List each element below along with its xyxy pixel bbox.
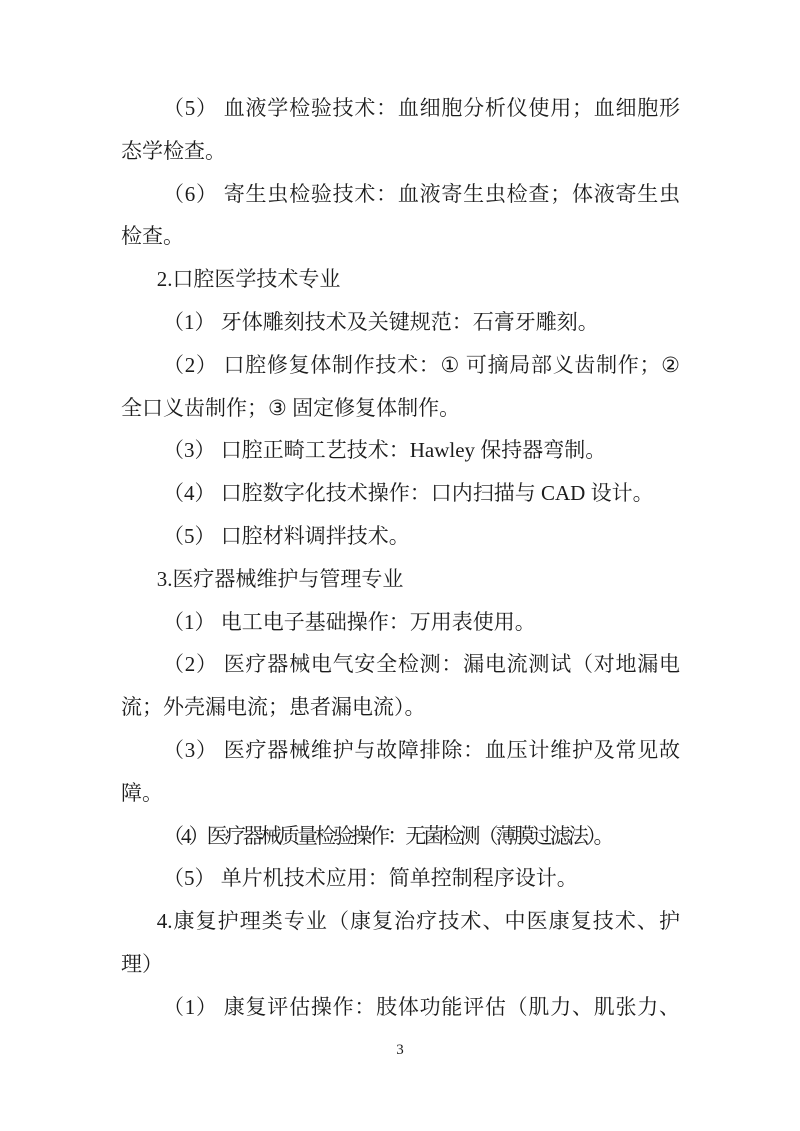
text-line: （6） 寄生虫检验技术：血液寄生虫检查；体液寄生虫	[121, 173, 680, 216]
text-line: （2） 口腔修复体制作技术：① 可摘局部义齿制作；②	[121, 344, 680, 387]
text-line: 检查。	[121, 215, 680, 258]
text-line: （1） 牙体雕刻技术及关键规范：石膏牙雕刻。	[121, 301, 680, 344]
text-line: 全口义齿制作；③ 固定修复体制作。	[121, 387, 680, 430]
text-line: 流；外壳漏电流；患者漏电流）。	[121, 686, 680, 729]
text-line: 态学检查。	[121, 130, 680, 173]
text-line: （5） 单片机技术应用：简单控制程序设计。	[121, 857, 680, 900]
text-line: （1） 电工电子基础操作：万用表使用。	[121, 601, 680, 644]
text-line: （4）医疗器械质量检验操作：无菌检测（薄膜过滤法）。	[121, 815, 680, 858]
text-line: （1） 康复评估操作：肢体功能评估（肌力、肌张力、	[121, 986, 680, 1029]
text-line: 3.医疗器械维护与管理专业	[121, 558, 680, 601]
text-line: 2.口腔医学技术专业	[121, 258, 680, 301]
text-line: 4.康复护理类专业（康复治疗技术、中医康复技术、护	[121, 900, 680, 943]
document-page: （5） 血液学检验技术：血细胞分析仪使用；血细胞形态学检查。（6） 寄生虫检验技…	[0, 0, 800, 1131]
document-body: （5） 血液学检验技术：血细胞分析仪使用；血细胞形态学检查。（6） 寄生虫检验技…	[121, 87, 680, 1029]
text-line: 障。	[121, 772, 680, 815]
text-line: （5） 口腔材料调拌技术。	[121, 515, 680, 558]
text-line: （3） 医疗器械维护与故障排除：血压计维护及常见故	[121, 729, 680, 772]
page-footer: 3	[0, 1040, 800, 1060]
text-line: 理）	[121, 943, 680, 986]
text-line: （4） 口腔数字化技术操作：口内扫描与 CAD 设计。	[121, 472, 680, 515]
text-line: （3） 口腔正畸工艺技术：Hawley 保持器弯制。	[121, 429, 680, 472]
text-line: （5） 血液学检验技术：血细胞分析仪使用；血细胞形	[121, 87, 680, 130]
page-number: 3	[396, 1042, 404, 1058]
text-line: （2） 医疗器械电气安全检测：漏电流测试（对地漏电	[121, 643, 680, 686]
